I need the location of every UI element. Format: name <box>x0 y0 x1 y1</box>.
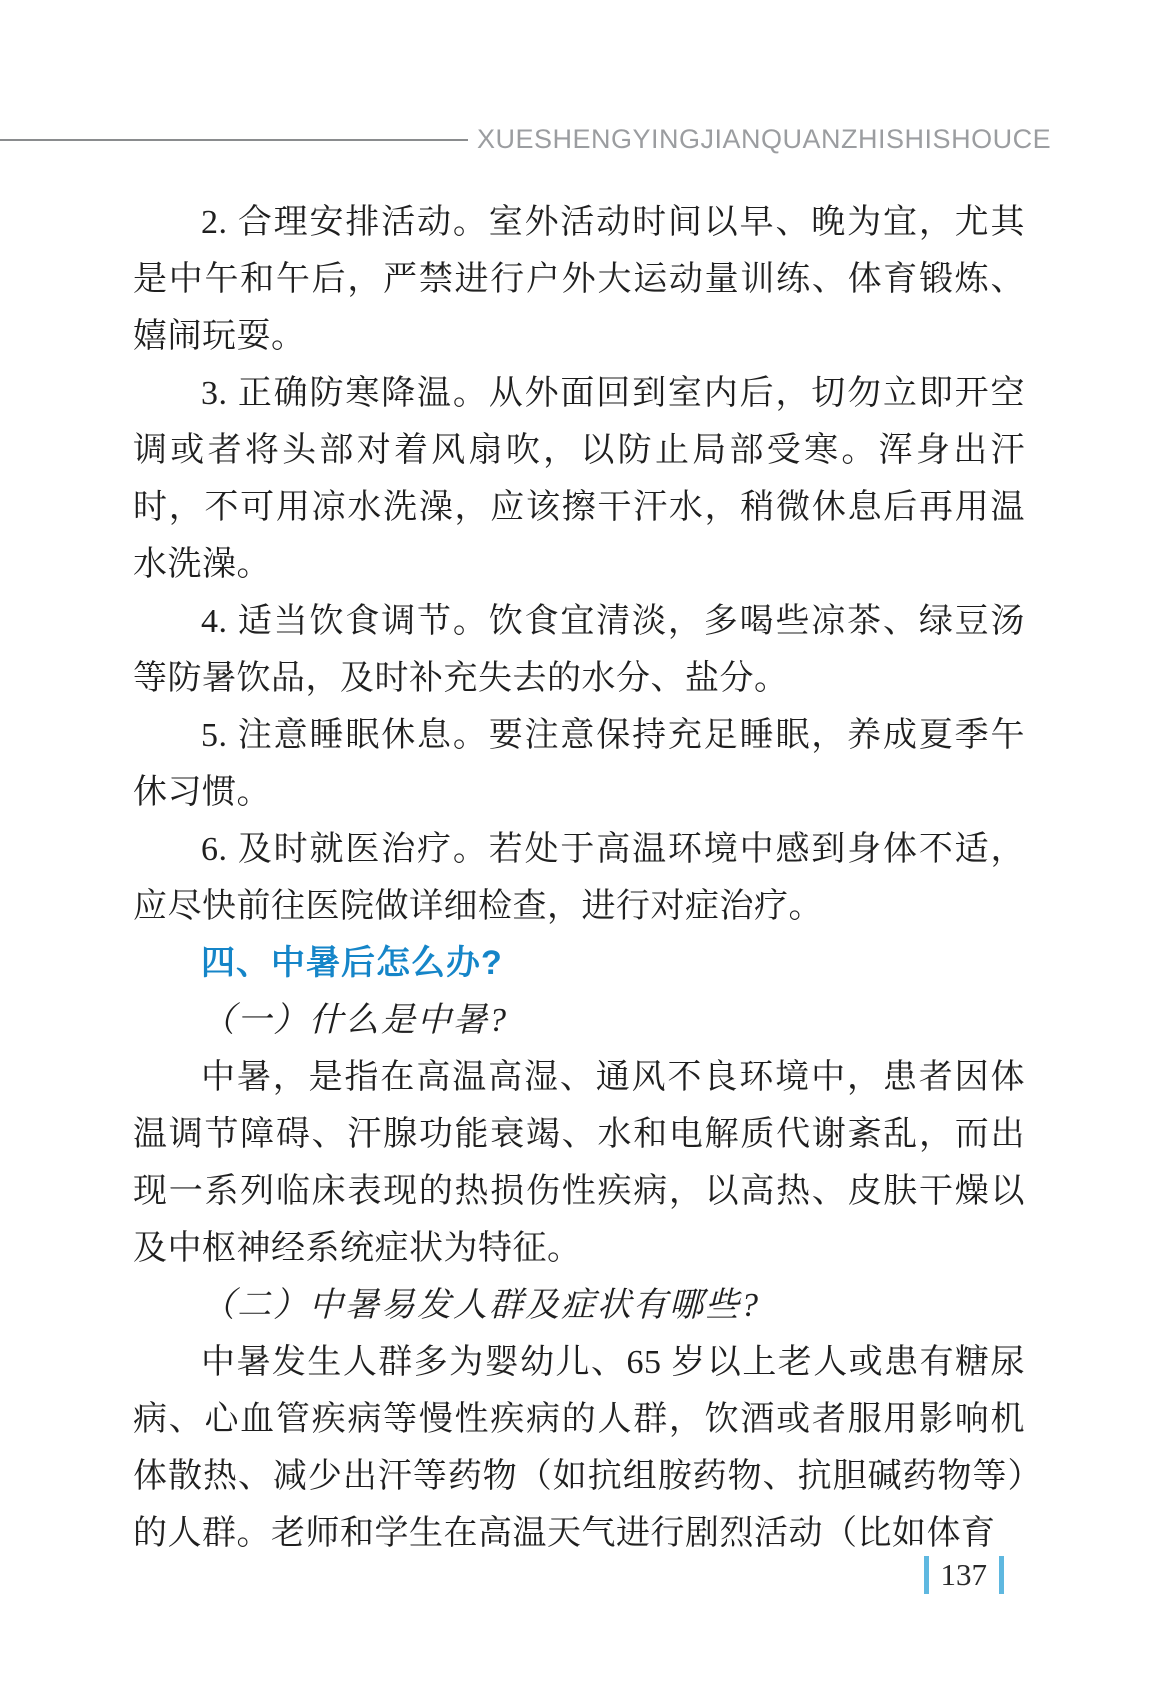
paragraph: 5. 注意睡眠休息。要注意保持充足睡眠，养成夏季午休习惯。 <box>133 707 1025 821</box>
page-content: 2. 合理安排活动。室外活动时间以早、晚为宜，尤其是中午和午后，严禁进行户外大运… <box>133 194 1025 1562</box>
paragraph: 4. 适当饮食调节。饮食宜清淡，多喝些凉茶、绿豆汤等防暑饮品，及时补充失去的水分… <box>133 593 1025 707</box>
page-number-bar-right <box>999 1556 1004 1594</box>
page-header: XUESHENGYINGJIANQUANZHISHISHOUCE <box>0 0 1164 170</box>
paragraph: 6. 及时就医治疗。若处于高温环境中感到身体不适，应尽快前往医院做详细检查，进行… <box>133 821 1025 935</box>
page-number: 137 <box>924 1555 1005 1595</box>
paragraph: 中暑发生人群多为婴幼儿、65 岁以上老人或患有糖尿病、心血管疾病等慢性疾病的人群… <box>133 1334 1025 1562</box>
page-number-text: 137 <box>938 1556 991 1594</box>
paragraph: 中暑，是指在高温高湿、通风不良环境中，患者因体温调节障碍、汗腺功能衰竭、水和电解… <box>133 1049 1025 1277</box>
section-heading: 四、中暑后怎么办? <box>133 935 1025 992</box>
header-rule-line <box>0 139 468 141</box>
page-number-bar-left <box>924 1556 929 1594</box>
subsection-heading: （二）中暑易发人群及症状有哪些? <box>133 1277 1025 1334</box>
paragraph: 3. 正确防寒降温。从外面回到室内后，切勿立即开空调或者将头部对着风扇吹，以防止… <box>133 365 1025 593</box>
paragraph: 2. 合理安排活动。室外活动时间以早、晚为宜，尤其是中午和午后，严禁进行户外大运… <box>133 194 1025 365</box>
running-head: XUESHENGYINGJIANQUANZHISHISHOUCE <box>477 123 1051 155</box>
subsection-heading: （一）什么是中暑? <box>133 992 1025 1049</box>
book-page: XUESHENGYINGJIANQUANZHISHISHOUCE 2. 合理安排… <box>0 0 1164 1701</box>
